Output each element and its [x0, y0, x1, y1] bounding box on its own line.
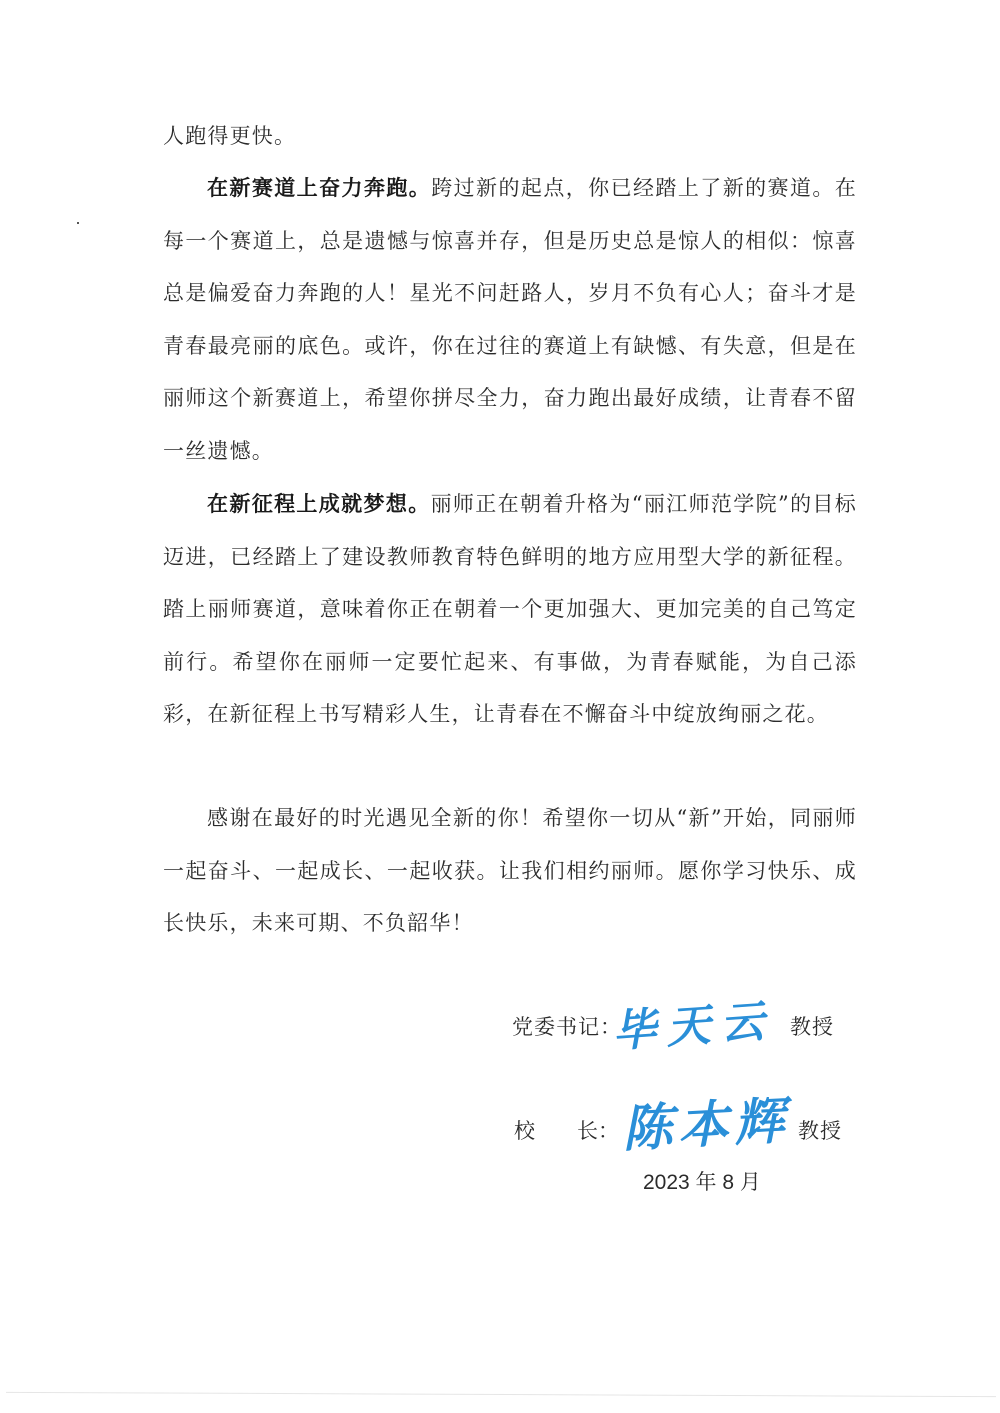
paragraph-heading: 在新征程上成就梦想。 [207, 491, 431, 516]
handwritten-signature-secretary: 毕天云 [610, 984, 776, 1059]
paragraph-new-track: 在新赛道上奋力奔跑。跨过新的起点，你已经踏上了新的赛道。在每一个赛道上，总是遗憾… [163, 162, 857, 477]
signature-role-president: 校 长： [514, 1115, 619, 1145]
signature-role-secretary: 党委书记： [512, 1011, 622, 1041]
paragraph-0: 人跑得更快。 [163, 110, 857, 163]
paragraph-1: 在新赛道上奋力奔跑。跨过新的起点，你已经踏上了新的赛道。在每一个赛道上，总是遗憾… [163, 162, 857, 477]
letter-date: 2023 年 8 月 [643, 1166, 761, 1196]
paragraph-text: 跨过新的起点，你已经踏上了新的赛道。在每一个赛道上，总是遗憾与惊喜并存，但是历史… [163, 176, 857, 463]
paragraph-continuation: 人跑得更快。 [163, 110, 857, 163]
paragraph-heading: 在新赛道上奋力奔跑。 [207, 175, 431, 200]
paragraph-text: 人跑得更快。 [163, 124, 296, 148]
paragraph-text: 丽师正在朝着升格为“丽江师范学院”的目标迈进，已经踏上了建设教师教育特色鲜明的地… [163, 492, 857, 726]
handwritten-signature-president: 陈本辉 [620, 1081, 792, 1162]
paragraph-text: 感谢在最好的时光遇见全新的你！希望你一切从“新”开始，同丽师一起奋斗、一起成长、… [163, 806, 857, 935]
paragraph-2: 在新征程上成就梦想。丽师正在朝着升格为“丽江师范学院”的目标迈进，已经踏上了建设… [163, 478, 857, 741]
paragraph-closing: 感谢在最好的时光遇见全新的你！希望你一切从“新”开始，同丽师一起奋斗、一起成长、… [163, 792, 857, 950]
letter-page: 人跑得更快。 在新赛道上奋力奔跑。跨过新的起点，你已经踏上了新的赛道。在每一个赛… [0, 0, 1000, 1413]
signature-title-president: 教授 [798, 1115, 842, 1145]
signature-title-secretary: 教授 [790, 1011, 834, 1041]
paragraph-3: 感谢在最好的时光遇见全新的你！希望你一切从“新”开始，同丽师一起奋斗、一起成长、… [163, 792, 857, 950]
scan-speck [77, 222, 79, 224]
scan-edge-line [6, 1392, 996, 1397]
paragraph-new-journey: 在新征程上成就梦想。丽师正在朝着升格为“丽江师范学院”的目标迈进，已经踏上了建设… [163, 478, 857, 741]
